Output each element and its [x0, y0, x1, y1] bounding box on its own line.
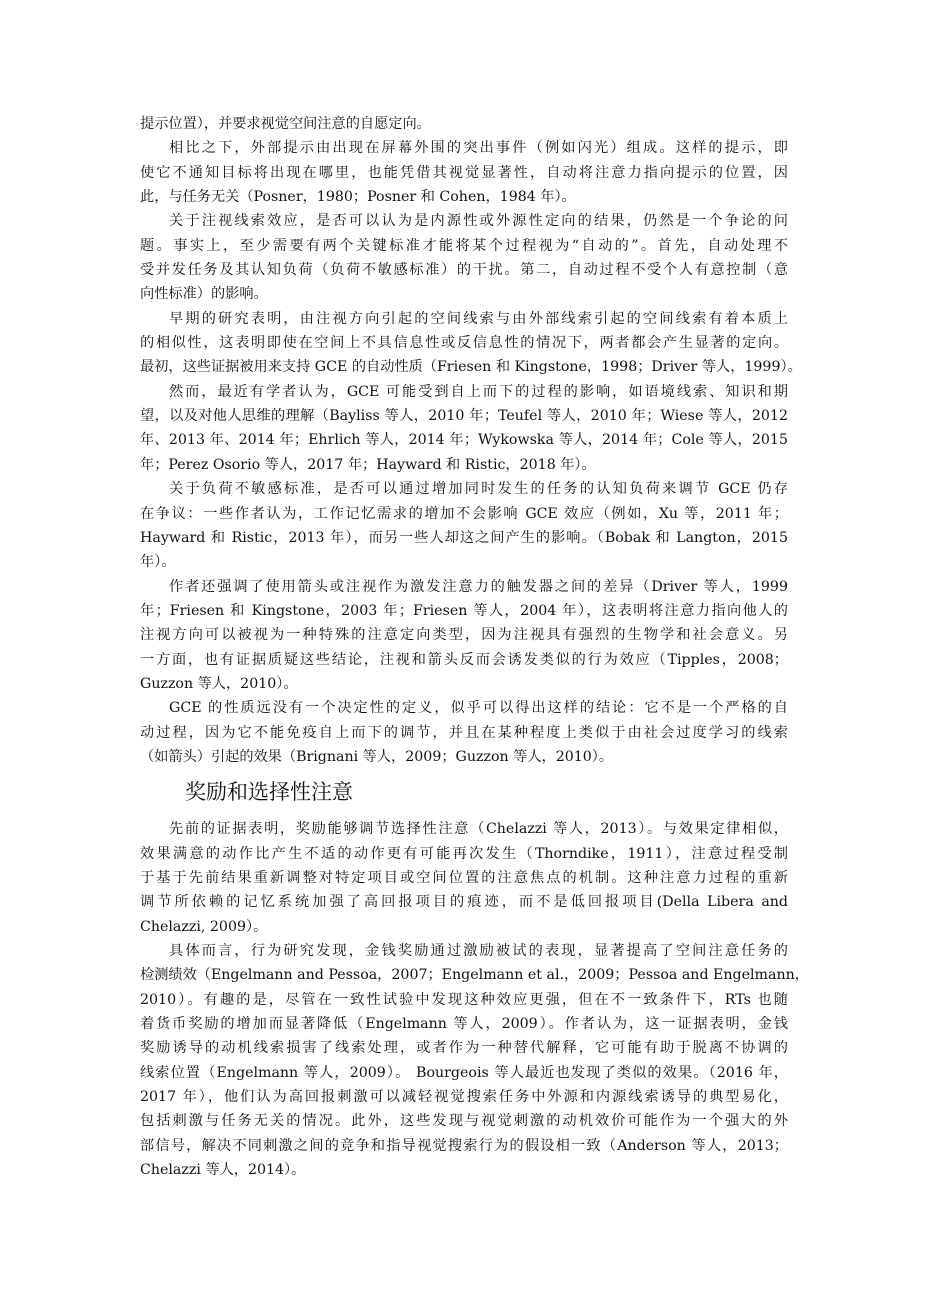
text-line: 检测绩效（Engelmann and Pessoa，2007；Engelmann…: [140, 963, 788, 987]
paragraph-top-down: 然而，最近有学者认为，GCE 可能受到自上而下的过程的影响，如语境线索、知识和期…: [140, 380, 788, 477]
text-line: 望，以及对他人思维的理解（Bayliss 等人，2010 年；Teufel 等人…: [140, 404, 788, 428]
paragraph-continuation: 提示位置），并要求视觉空间注意的自愿定向。: [140, 112, 788, 136]
text-line: 作者还强调了使用箭头或注视作为激发注意力的触发器之间的差异（Driver 等人，…: [140, 575, 788, 599]
text-line: 此，与任务无关（Posner，1980；Posner 和 Cohen，1984 …: [140, 185, 788, 209]
paragraph-gce-nature: GCE 的性质远没有一个决定性的定义，似乎可以得出这样的结论：它不是一个严格的自…: [140, 696, 788, 769]
text-line: 效果满意的动作比产生不适的动作更有可能再次发生（Thorndike，1911），…: [140, 842, 788, 866]
text-line: 年；Perez Osorio 等人，2017 年；Hayward 和 Risti…: [140, 453, 788, 477]
paragraph-arrows-vs-gaze: 作者还强调了使用箭头或注视作为激发注意力的触发器之间的差异（Driver 等人，…: [140, 575, 788, 697]
text-line: 使它不通知目标将出现在哪里，也能凭借其视觉显著性，自动将注意力指向提示的位置，因: [140, 161, 788, 185]
paragraph-early-research: 早期的研究表明，由注视方向引起的空间线索与由外部线索引起的空间线索有着本质上 的…: [140, 307, 788, 380]
text-line: 相比之下，外部提示由出现在屏幕外围的突出事件（例如闪光）组成。这样的提示，即: [140, 136, 788, 160]
text-line: 于基于先前结果重新调整对特定项目或空间位置的注意焦点的机制。这种注意力过程的重新: [140, 866, 788, 890]
text-line: 最初，这些证据被用来支持 GCE 的自动性质（Friesen 和 Kingsto…: [140, 355, 788, 379]
text-line: 关于注视线索效应，是否可以认为是内源性或外源性定向的结果，仍然是一个争论的问: [140, 209, 788, 233]
text-line: 包括刺激与任务无关的情况。此外，这些发现与视觉刺激的动机效价可能作为一个强大的外: [140, 1109, 788, 1133]
text-line: 具体而言，行为研究发现，金钱奖励通过激励被试的表现，显著提高了空间注意任务的: [140, 939, 788, 963]
text-line: 部信号，解决不同刺激之间的竞争和指导视觉搜索行为的假设相一致（Anderson …: [140, 1134, 788, 1158]
text-line: 调节所依赖的记忆系统加强了高回报项目的痕迹，而不是低回报项目(Della Lib…: [140, 890, 788, 914]
text-line: 着货币奖励的增加而显著降低（Engelmann 等人，2009）。作者认为，这一…: [140, 1012, 788, 1036]
text-line: 的相似性，这表明即使在空间上不具信息性或反信息性的情况下，两者都会产生显著的定向…: [140, 331, 788, 355]
text-line: 2017 年），他们认为高回报刺激可以减轻视觉搜索任务中外源和内源线索诱导的典型…: [140, 1085, 788, 1109]
text-line: 注视方向可以被视为一种特殊的注意定向类型，因为注视具有强烈的生物学和社会意义。另: [140, 623, 788, 647]
text-line: 年、2013 年、2014 年；Ehrlich 等人，2014 年；Wykows…: [140, 428, 788, 452]
text-line: 2010）。有趣的是，尽管在一致性试验中发现这种效应更强，但在不一致条件下，RT…: [140, 988, 788, 1012]
text-line: 提示位置），并要求视觉空间注意的自愿定向。: [140, 112, 788, 136]
text-line: 线索位置（Engelmann 等人，2009）。 Bourgeois 等人最近也…: [140, 1061, 788, 1085]
text-line: 受并发任务及其认知负荷（负荷不敏感标准）的干扰。第二，自动过程不受个人有意控制（…: [140, 258, 788, 282]
text-line: 年；Friesen 和 Kingstone，2003 年；Friesen 等人，…: [140, 599, 788, 623]
paragraph-reward-evidence: 先前的证据表明，奖励能够调节选择性注意（Chelazzi 等人，2013）。与效…: [140, 817, 788, 939]
text-line: Chelazzi, 2009）。: [140, 915, 788, 939]
text-line: 先前的证据表明，奖励能够调节选择性注意（Chelazzi 等人，2013）。与效…: [140, 817, 788, 841]
text-line: 在争议：一些作者认为，工作记忆需求的增加不会影响 GCE 效应（例如，Xu 等，…: [140, 502, 788, 526]
paragraph-load-insensitivity: 关于负荷不敏感标准，是否可以通过增加同时发生的任务的认知负荷来调节 GCE 仍存…: [140, 477, 788, 574]
paragraph-exogenous-cues: 相比之下，外部提示由出现在屏幕外围的突出事件（例如闪光）组成。这样的提示，即 使…: [140, 136, 788, 209]
paragraph-gaze-cue-debate: 关于注视线索效应，是否可以认为是内源性或外源性定向的结果，仍然是一个争论的问 题…: [140, 209, 788, 306]
text-line: 奖励诱导的动机线索损害了线索处理，或者作为一种替代解释，它可能有助于脱离不协调的: [140, 1036, 788, 1060]
text-line: 关于负荷不敏感标准，是否可以通过增加同时发生的任务的认知负荷来调节 GCE 仍存: [140, 477, 788, 501]
text-line: 然而，最近有学者认为，GCE 可能受到自上而下的过程的影响，如语境线索、知识和期: [140, 380, 788, 404]
text-line: Guzzon 等人，2010）。: [140, 672, 788, 696]
text-line: 动过程，因为它不能免疫自上而下的调节，并且在某种程度上类似于由社会过度学习的线索: [140, 721, 788, 745]
text-line: 年）。: [140, 550, 788, 574]
document-page: 提示位置），并要求视觉空间注意的自愿定向。 相比之下，外部提示由出现在屏幕外围的…: [140, 112, 788, 1182]
text-line: 早期的研究表明，由注视方向引起的空间线索与由外部线索引起的空间线索有着本质上: [140, 307, 788, 331]
text-line: Chelazzi 等人，2014）。: [140, 1158, 788, 1182]
text-line: 一方面，也有证据质疑这些结论，注视和箭头反而会诱发类似的行为效应（Tipples…: [140, 648, 788, 672]
text-line: 题。事实上，至少需要有两个关键标准才能将某个过程视为“自动的”。首先，自动处理不: [140, 234, 788, 258]
text-line: 向性标准）的影响。: [140, 282, 788, 306]
text-line: GCE 的性质远没有一个决定性的定义，似乎可以得出这样的结论：它不是一个严格的自: [140, 696, 788, 720]
paragraph-monetary-reward: 具体而言，行为研究发现，金钱奖励通过激励被试的表现，显著提高了空间注意任务的 检…: [140, 939, 788, 1182]
section-heading: 奖励和选择性注意: [185, 777, 788, 807]
text-line: （如箭头）引起的效果（Brignani 等人，2009；Guzzon 等人，20…: [140, 745, 788, 769]
text-line: Hayward 和 Ristic，2013 年），而另一些人却这之间产生的影响。…: [140, 526, 788, 550]
